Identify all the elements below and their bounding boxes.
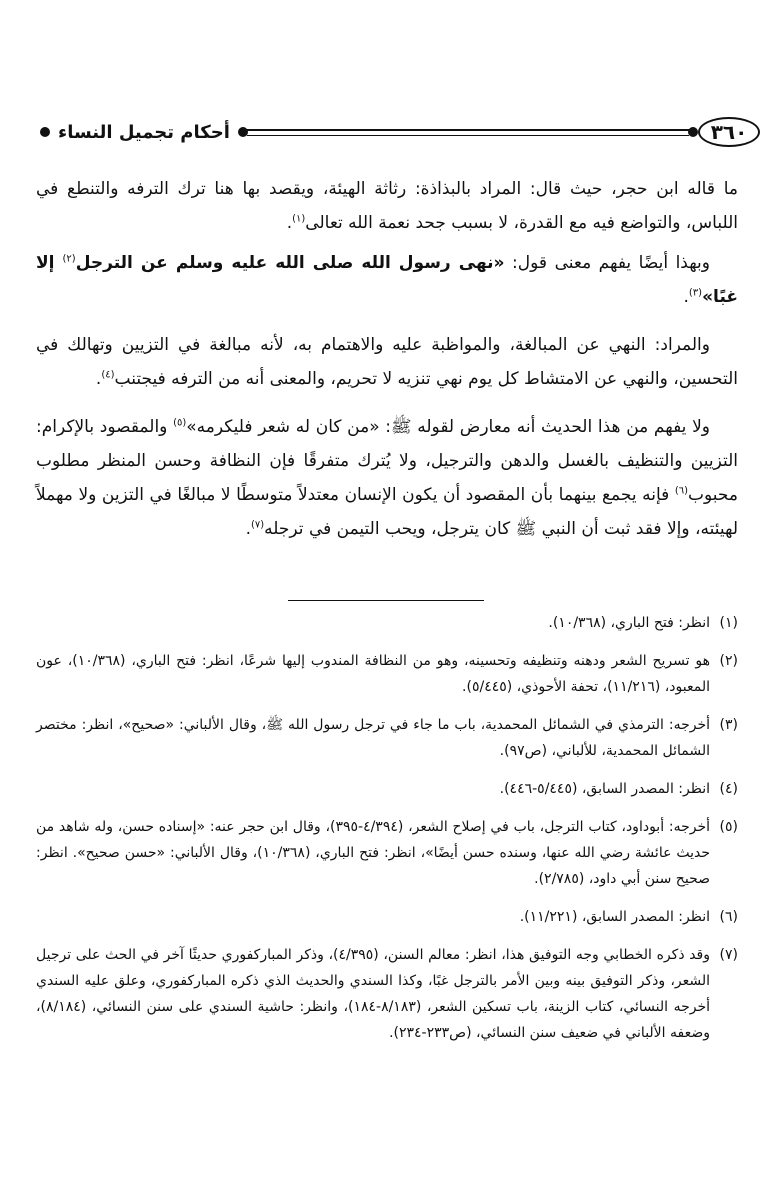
footnote: (٧) وقد ذكره الخطابي وجه التوفيق هذا، ان… [36,942,738,1046]
paragraph-text: فإنه يجمع بينهما بأن المقصود أن يكون الإ… [36,485,738,539]
paragraph-text: ولا يفهم من هذا الحديث أنه معارض لقوله ﷺ… [186,417,710,437]
page-header: ٣٦٠ أحكام تجميل النساء [40,114,760,150]
footnote: (٢) هو تسريح الشعر ودهنه وتنظيفه وتحسينه… [36,648,738,700]
hadith-quote: «نهى رسول الله صلى الله عليه وسلم عن الت… [76,253,505,273]
paragraph: ولا يفهم من هذا الحديث أنه معارض لقوله ﷺ… [36,410,738,546]
footnote-text: أخرجه: أبوداود، كتاب الترجل، باب في إصلا… [36,814,710,892]
footnote-number: (٦) [710,904,738,930]
footnote: (٤) انظر: المصدر السابق، (٥/٤٤٥-٤٤٦). [36,776,738,802]
footnote-number: (٣) [710,712,738,764]
footnote: (٣) أخرجه: الترمذي في الشمائل المحمدية، … [36,712,738,764]
footnote-text: أخرجه: الترمذي في الشمائل المحمدية، باب … [36,712,710,764]
footnote-number: (٧) [710,942,738,1046]
footnote-separator [288,600,484,601]
paragraph-text: ما قاله ابن حجر، حيث قال: المراد بالبذاذ… [36,179,738,233]
paragraph: وبهذا أيضًا يفهم معنى قول: «نهى رسول الل… [36,246,738,314]
book-page: ٣٦٠ أحكام تجميل النساء ما قاله ابن حجر، … [0,0,774,1185]
footnote-ref[interactable]: (٣) [689,287,702,298]
footnote: (١) انظر: فتح الباري، (١٠/٣٦٨). [36,610,738,636]
footnotes: (١) انظر: فتح الباري، (١٠/٣٦٨). (٢) هو ت… [36,610,738,1058]
bullet-dot-icon [40,127,50,137]
footnote-number: (٤) [710,776,738,802]
paragraph-text: والمراد: النهي عن المبالغة، والمواظبة عل… [36,335,738,389]
footnote-text: هو تسريح الشعر ودهنه وتنظيفه وتحسينه، وه… [36,648,710,700]
footnote-number: (٥) [710,814,738,892]
paragraph: ما قاله ابن حجر، حيث قال: المراد بالبذاذ… [36,172,738,240]
footnote-text: انظر: المصدر السابق، (١١/٢٢١). [36,904,710,930]
footnote-text: وقد ذكره الخطابي وجه التوفيق هذا، انظر: … [36,942,710,1046]
footnote: (٦) انظر: المصدر السابق، (١١/٢٢١). [36,904,738,930]
footnote-ref[interactable]: (٧) [251,519,264,530]
bullet-dot-icon [238,127,248,137]
footnote: (٥) أخرجه: أبوداود، كتاب الترجل، باب في … [36,814,738,892]
footnote-number: (١) [710,610,738,636]
paragraph: والمراد: النهي عن المبالغة، والمواظبة عل… [36,328,738,396]
footnote-ref[interactable]: (٢) [63,253,76,264]
footnote-ref[interactable]: (٥) [173,417,186,428]
footnote-ref[interactable]: (١) [292,213,305,224]
footnote-ref[interactable]: (٤) [101,369,114,380]
footnote-text: انظر: المصدر السابق، (٥/٤٤٥-٤٤٦). [36,776,710,802]
footnote-ref[interactable]: (٦) [675,485,688,496]
page-number: ٣٦٠ [698,117,760,147]
footnote-number: (٢) [710,648,738,700]
running-title: أحكام تجميل النساء [58,122,230,143]
footnote-text: انظر: فتح الباري، (١٠/٣٦٨). [36,610,710,636]
bullet-dot-icon [688,127,698,137]
header-rule [247,129,689,136]
paragraph-text: وبهذا أيضًا يفهم معنى قول: [505,253,710,273]
main-text: ما قاله ابن حجر، حيث قال: المراد بالبذاذ… [36,172,738,552]
